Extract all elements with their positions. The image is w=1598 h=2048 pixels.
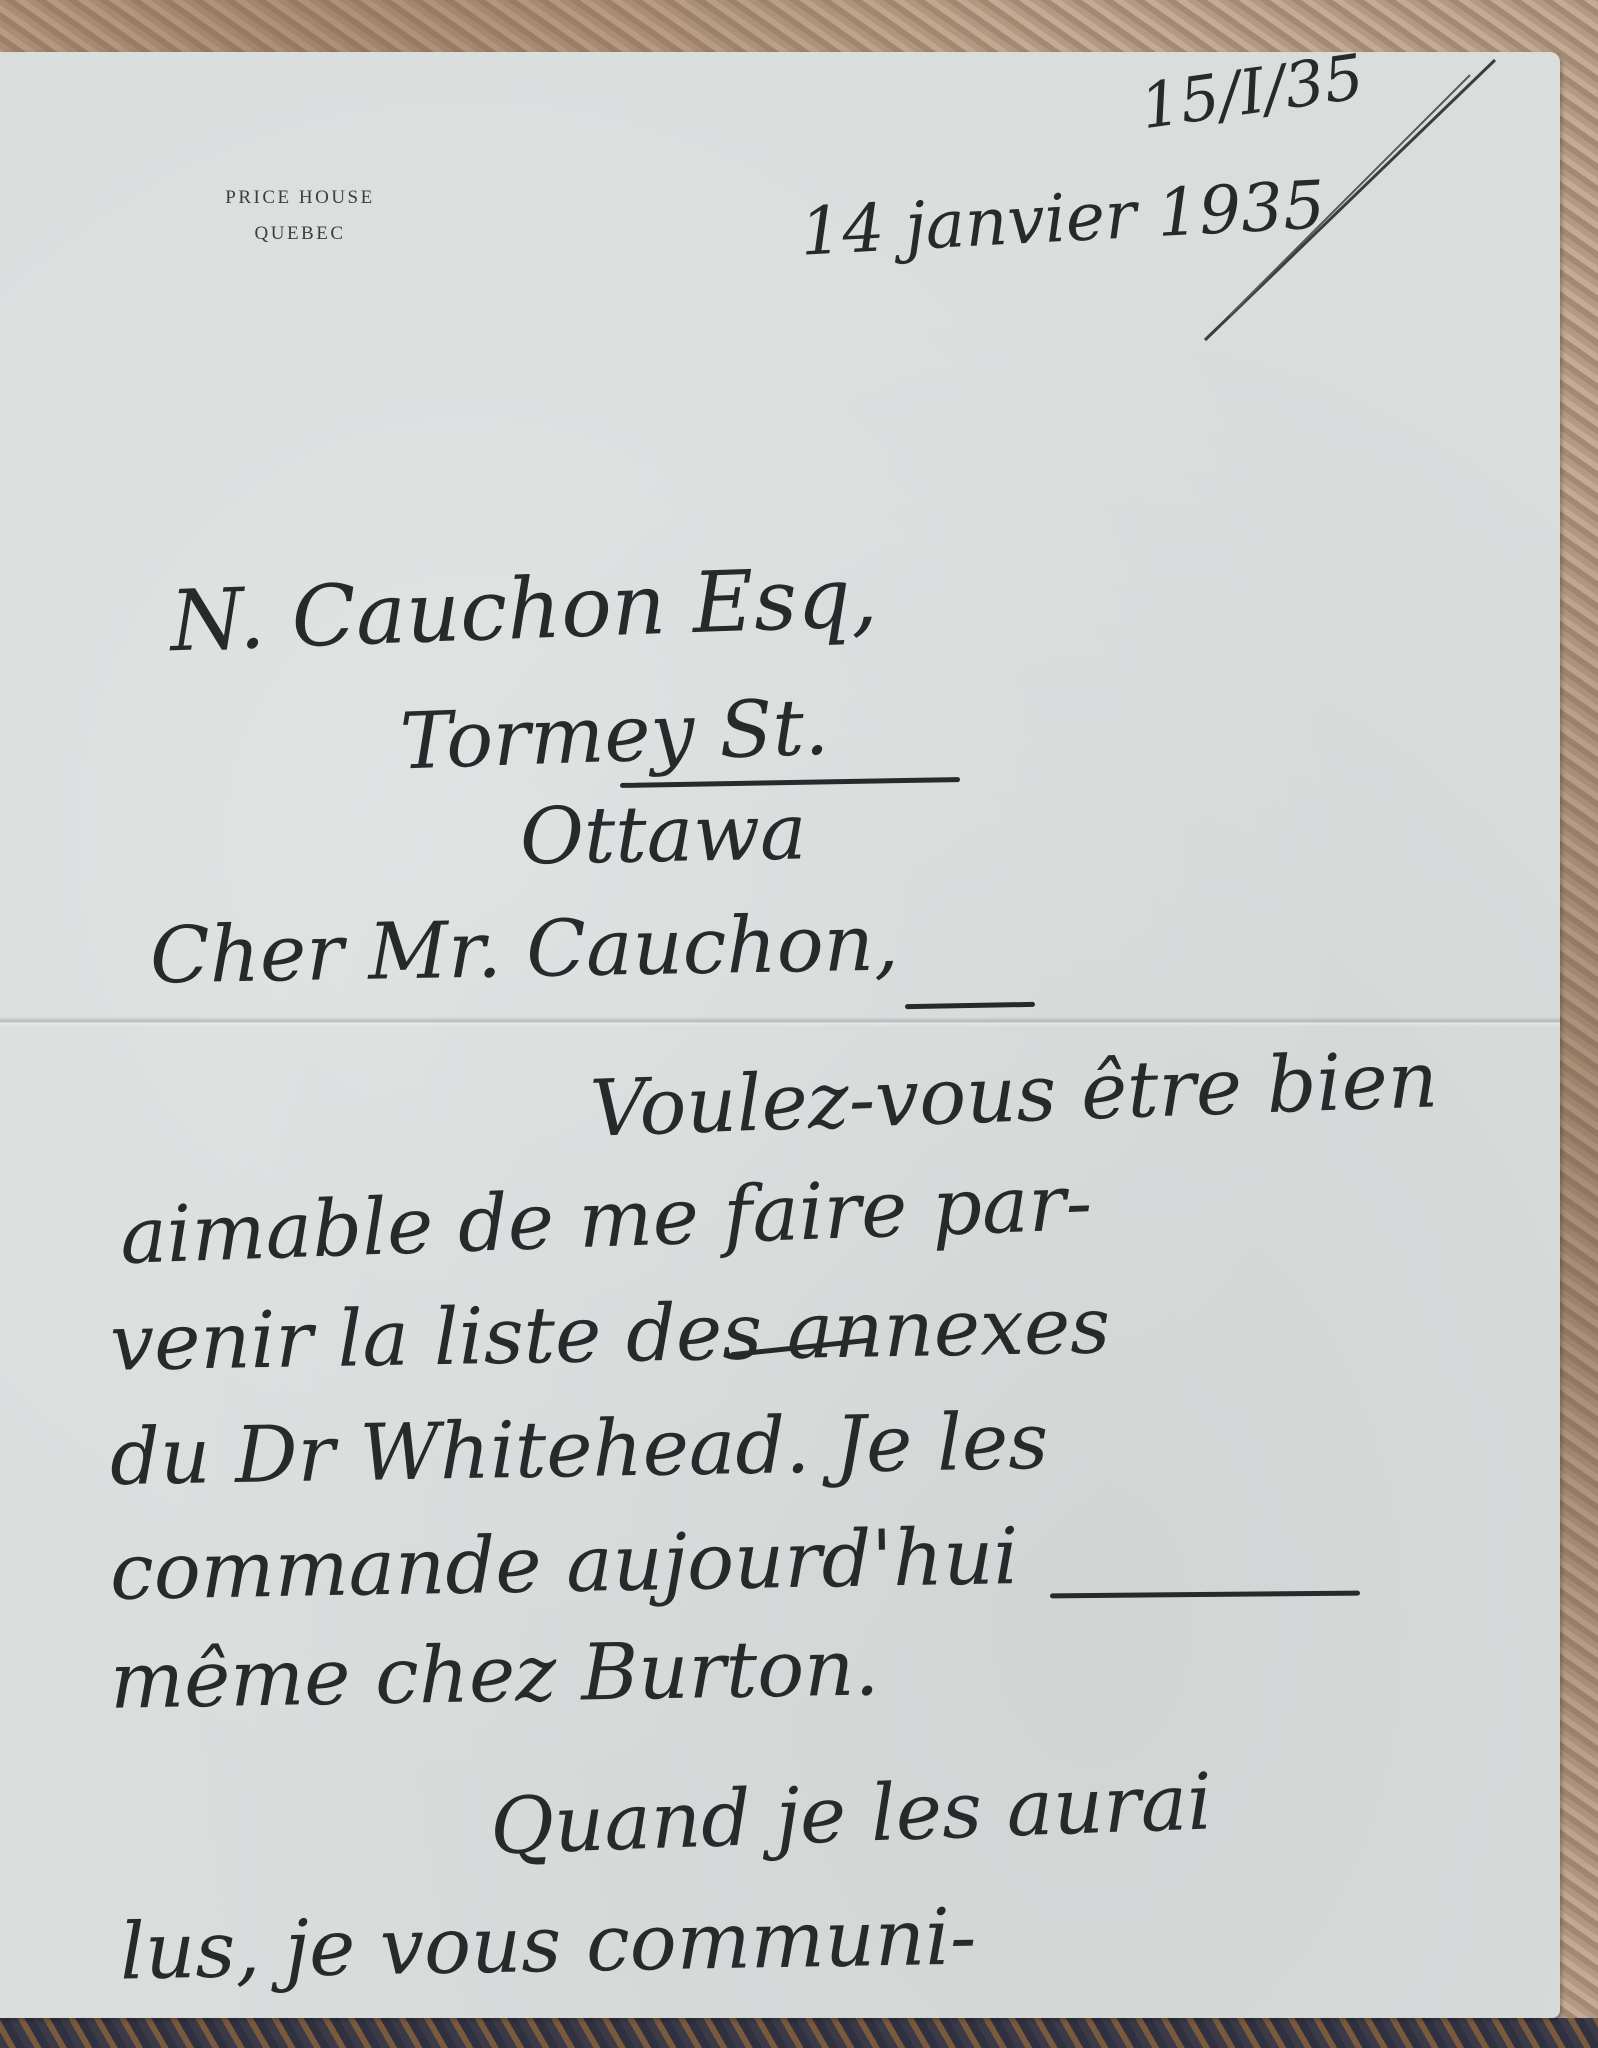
letterhead: PRICE HOUSE QUEBEC [170, 180, 430, 252]
recipient-city: Ottawa [519, 788, 807, 883]
body-line-4: du Dr Whitehead. Je les [109, 1397, 1049, 1503]
body-line-3: venir la liste des annexes [109, 1281, 1111, 1388]
body-line-6: même chez Burton. [109, 1623, 880, 1726]
letterhead-hotel-name: PRICE HOUSE [170, 180, 430, 216]
salutation: Cher Mr. Cauchon, [149, 898, 899, 1001]
body-line-8: lus, je vous communi- [119, 1893, 977, 1998]
recipient-street: Tormey St. [399, 683, 831, 788]
body-line-5: commande aujourd'hui [109, 1512, 1019, 1618]
letterhead-city: QUEBEC [170, 216, 430, 252]
background-fabric-bottom [0, 2018, 1598, 2048]
paper-fold-crease [0, 1017, 1560, 1027]
